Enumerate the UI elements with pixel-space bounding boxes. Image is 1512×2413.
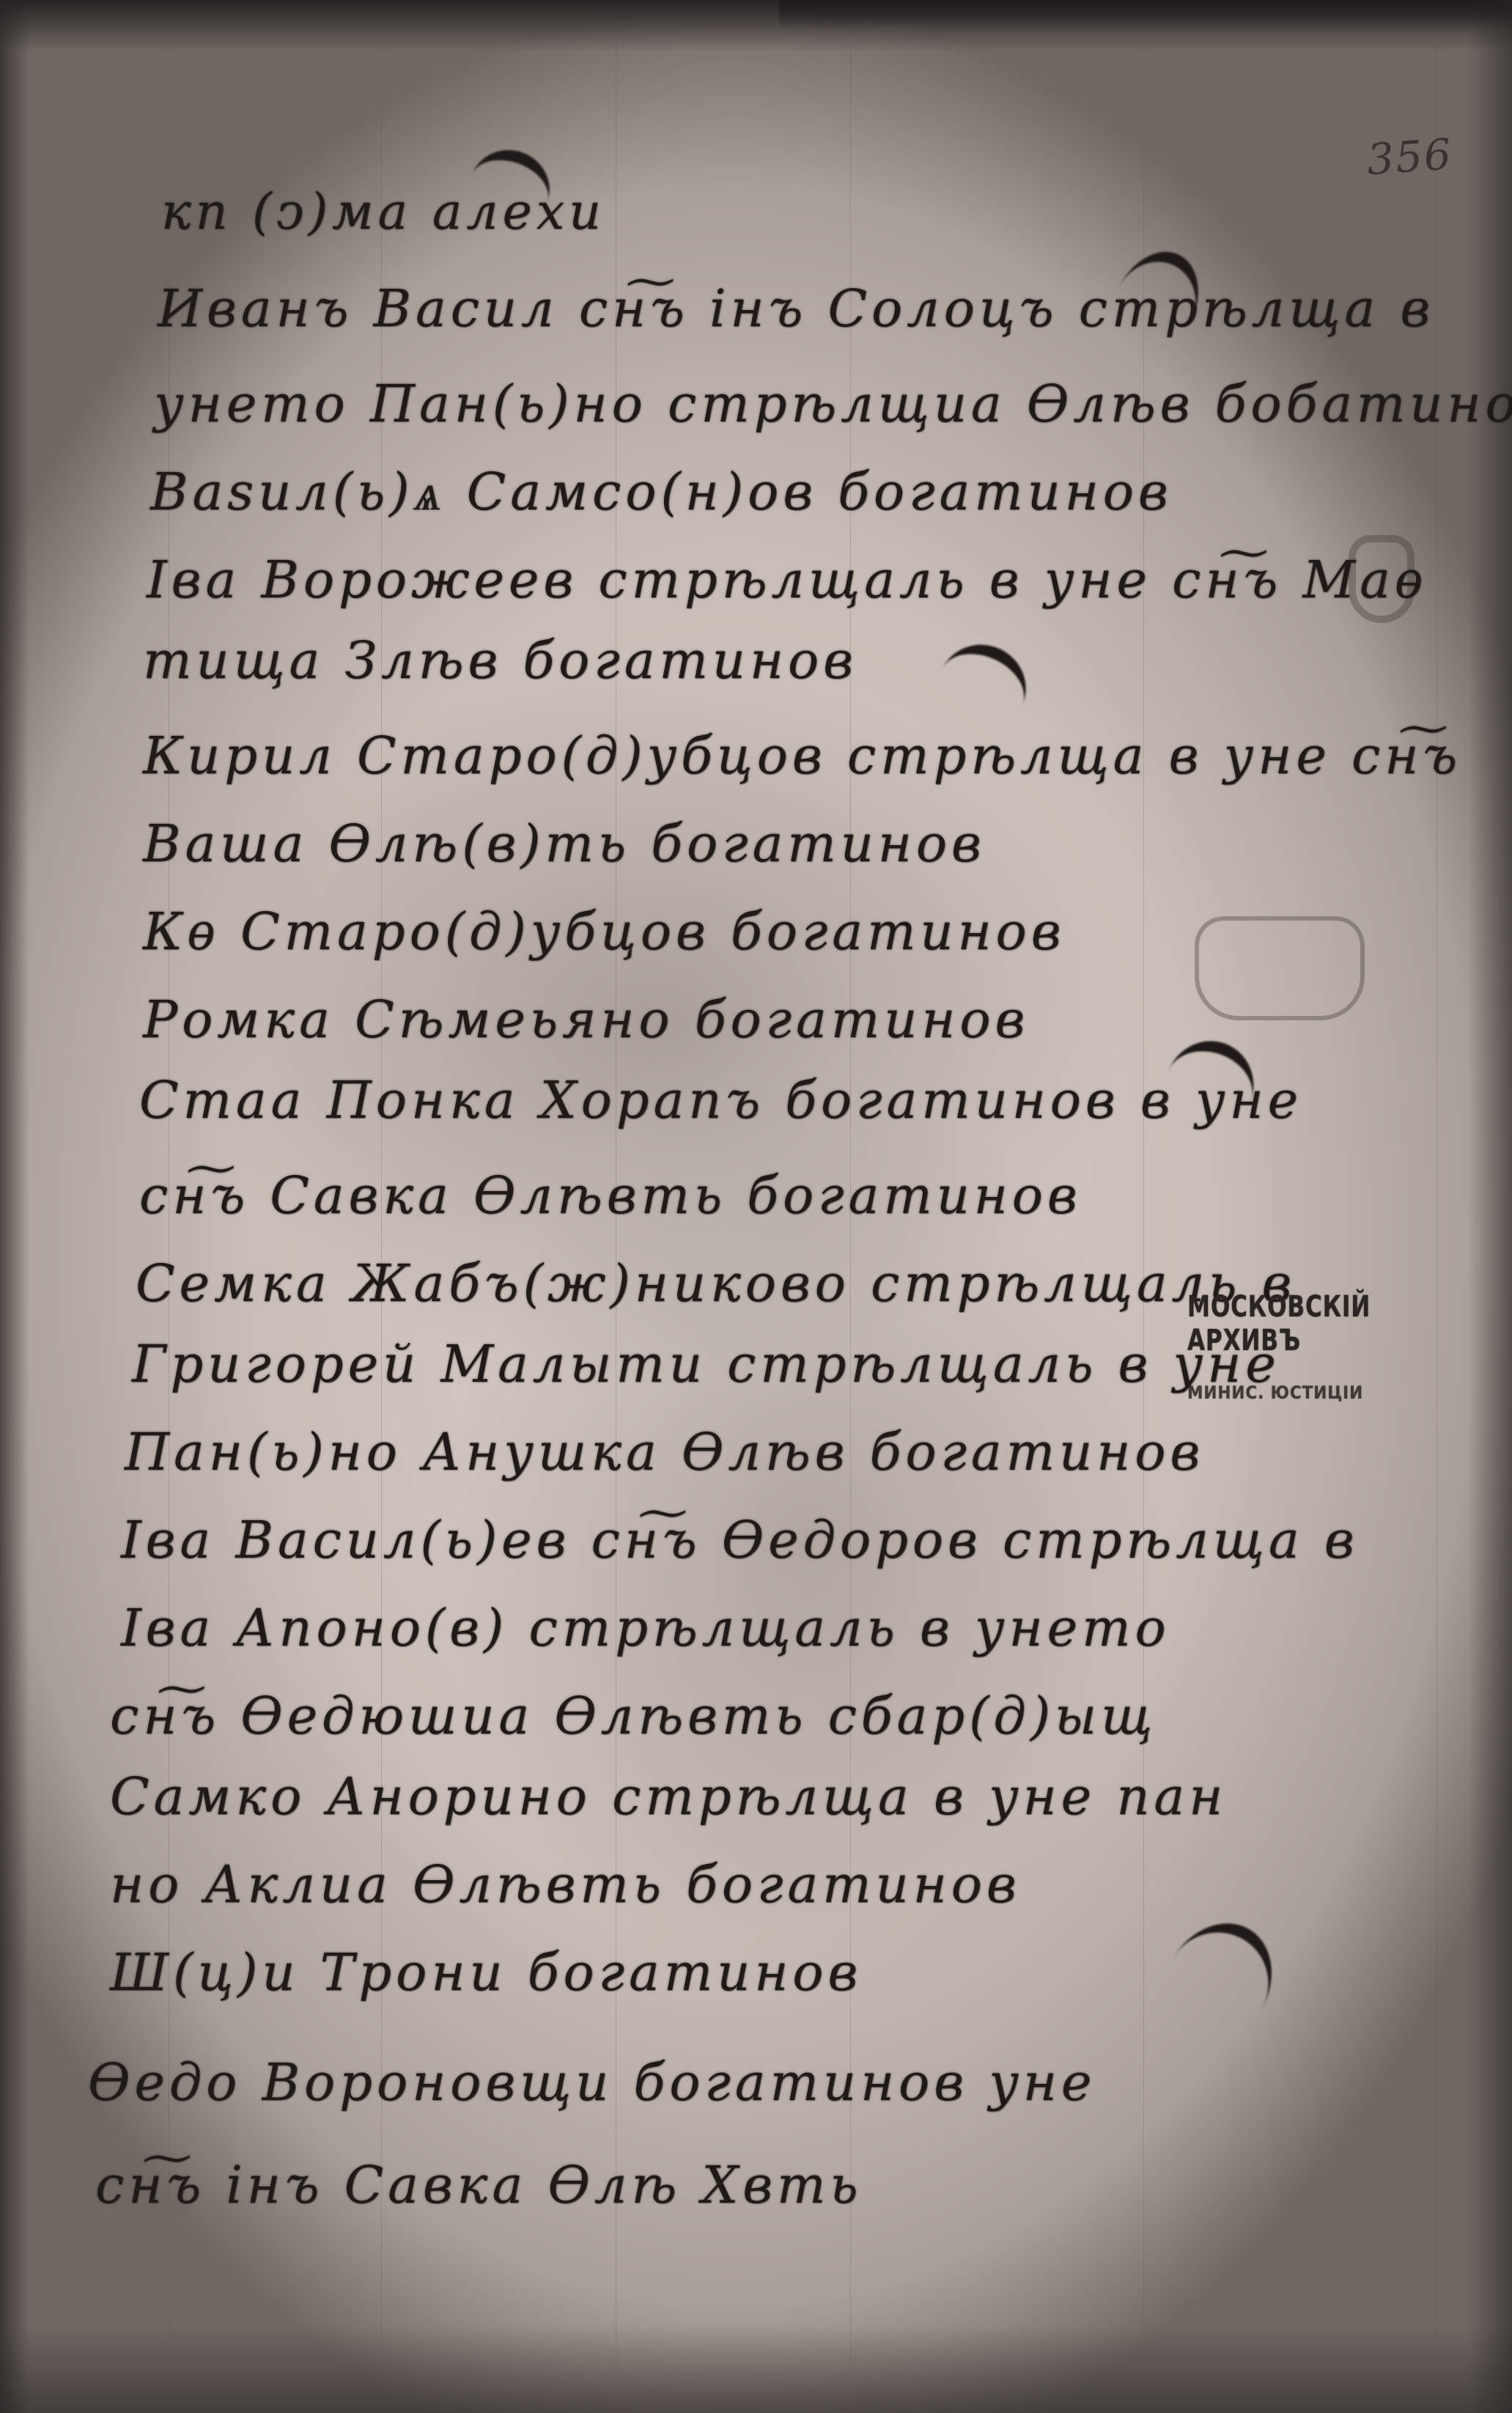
archive-stamp: МОСКОВСКІЙ АРХИВЪ МИНИС. ЮСТИЦІИ [1187, 1290, 1512, 1403]
manuscript-line-21: Ш(ц)и Трони богатинов [110, 1942, 862, 2003]
archive-stamp-subtitle: МИНИС. ЮСТИЦІИ [1187, 1382, 1480, 1403]
manuscript-page: 356 кп (ↄ)ма алехи Иванъ Васил сн͠ъ інъ … [0, 0, 1512, 2413]
manuscript-line-16: Іва Васил(ь)ев сн͠ъ Ѳедоров стрѣлща в [121, 1510, 1359, 1570]
manuscript-line-23: сн͠ъ інъ Савка Ѳлѣ Хвть [95, 2155, 862, 2215]
manuscript-line-1: кп (ↄ)ма алехи [161, 183, 605, 241]
manuscript-line-3: унето Пан(ь)но стрѣлщиа Ѳлѣв бобатинов [154, 374, 1512, 434]
manuscript-line-19: Самко Анорино стрѣлща в уне пан [110, 1767, 1227, 1827]
manuscript-line-7: Кирил Старо(д)убцов стрѣлща в уне сн͠ъ [143, 726, 1461, 786]
manuscript-line-22: Ѳедо Вороновщи богатинов уне [88, 2052, 1096, 2112]
manuscript-line-15: Пан(ь)но Анушка Ѳлѣв богатинов [125, 1422, 1204, 1482]
manuscript-line-13: Семка Жабъ(ж)никово стрѣлщаль в [136, 1253, 1296, 1314]
manuscript-line-6: тища Злѣв богатинов [143, 630, 858, 690]
manuscript-line-14: Григорей Малыти стрѣлщаль в уне [132, 1334, 1280, 1394]
manuscript-line-2: Иванъ Васил сн͠ъ інъ Солоцъ стрѣлща в [158, 279, 1434, 339]
manuscript-line-18: сн͠ъ Ѳедюшиа Ѳлѣвть сбар(д)ыщ [110, 1686, 1157, 1746]
bleed-through-mark [1195, 916, 1365, 1020]
archive-stamp-title: МОСКОВСКІЙ АРХИВЪ [1187, 1290, 1441, 1357]
page-top-edge-shadow-right [779, 0, 1512, 29]
page-right-edge-shadow [1468, 0, 1512, 2413]
pen-swash [1140, 1904, 1293, 2066]
manuscript-line-17: Іва Апоно(в) стрѣлщаль в унето [121, 1598, 1170, 1658]
folio-number: 356 [1365, 129, 1454, 185]
manuscript-line-11: Стаа Понка Хорапъ богатинов в уне [139, 1070, 1302, 1130]
manuscript-line-5: Іва Ворожеев стрѣлщаль в уне сн͠ъ Маѳ [147, 550, 1427, 610]
manuscript-line-9: Кѳ Старо(д)убцов богатинов [143, 902, 1065, 962]
manuscript-line-20: но Аклиа Ѳлѣвть богатинов [110, 1854, 1021, 1915]
manuscript-line-12: сн͠ъ Савка Ѳлѣвть богатинов [139, 1165, 1082, 1226]
page-left-edge-shadow [0, 0, 29, 2413]
manuscript-line-4: Вasил(ь)ѧ Самсо(н)ов богатинов [150, 462, 1173, 523]
manuscript-line-8: Ваша Ѳлѣ(в)ть богатинов [143, 814, 986, 874]
page-bottom-edge-shadow [0, 2325, 1512, 2413]
manuscript-line-10: Ромка Сѣмеьяно богатинов [143, 990, 1029, 1050]
